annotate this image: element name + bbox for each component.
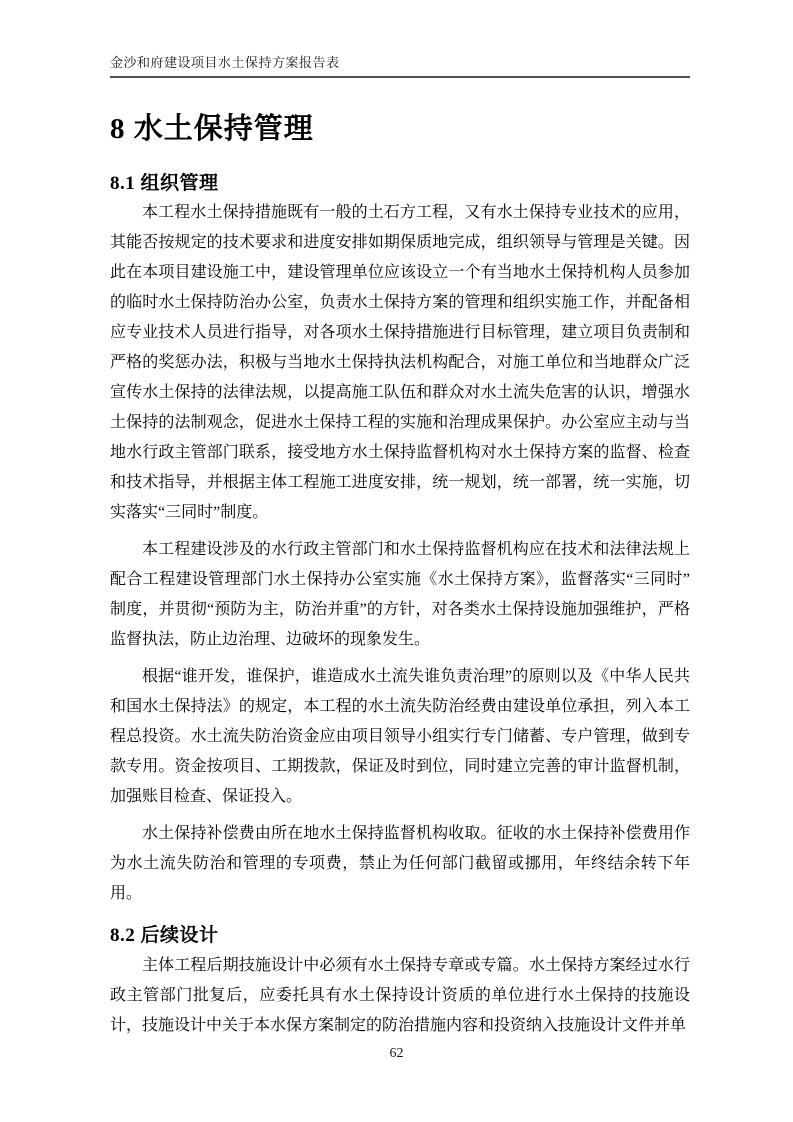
paragraph: 主体工程后期技施设计中必须有水土保持专章或专篇。水土保持方案经过水行政主管部门批…	[110, 951, 690, 1041]
paragraph: 根据“谁开发，谁保护，谁造成水土流失谁负责治理”的原则以及《中华人民共和国水土保…	[110, 662, 690, 812]
paragraph: 水土保持补偿费由所在地水土保持监督机构收取。征收的水土保持补偿费用作为水土流失防…	[110, 819, 690, 909]
chapter-title: 8 水土保持管理	[110, 111, 690, 149]
section-heading-8-1: 8.1 组织管理	[110, 171, 690, 197]
page-footer: 62	[0, 1044, 793, 1062]
section-heading-8-2: 8.2 后续设计	[110, 923, 690, 949]
page-header: 金沙和府建设项目水土保持方案报告表	[110, 52, 690, 78]
page-number: 62	[390, 1046, 404, 1061]
paragraph: 本工程建设涉及的水行政主管部门和水土保持监督机构应在技术和法律法规上配合工程建设…	[110, 535, 690, 655]
document-page: 金沙和府建设项目水土保持方案报告表 8 水土保持管理 8.1 组织管理 本工程水…	[0, 0, 793, 1122]
paragraph: 本工程水土保持措施既有一般的土石方工程，又有水土保持专业技术的应用，其能否按规定…	[110, 198, 690, 528]
header-title: 金沙和府建设项目水土保持方案报告表	[110, 55, 340, 70]
